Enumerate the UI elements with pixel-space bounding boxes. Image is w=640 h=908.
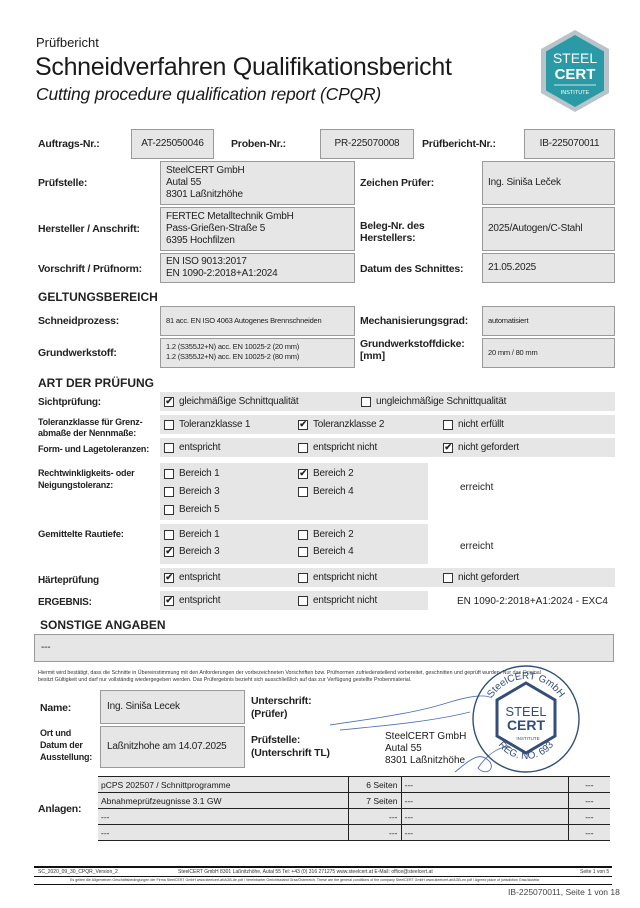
checkbox-label: Bereich 3: [179, 546, 219, 557]
checkbox-recht-bereich-4[interactable]: Bereich 4: [298, 486, 353, 497]
checkbox-unchecked-icon: [164, 487, 174, 497]
section-sonstige-angaben: SONSTIGE ANGABEN: [40, 618, 166, 632]
footer-legal: Es gelten die Allgemeinen Geschäftsbedin…: [70, 878, 539, 882]
checkbox-unchecked-icon: [361, 397, 371, 407]
werkstoff-label: Grundwerkstoff:: [38, 347, 117, 359]
checkbox-checked-icon: ✔: [298, 420, 308, 430]
checkbox-recht-bereich-5[interactable]: Bereich 5: [164, 504, 219, 515]
pruefstelle-line: Autal 55: [166, 177, 349, 189]
werkstoff-line: 1.2 (S355J2+N) acc. EN 10025-2 (20 mm): [166, 342, 349, 352]
svg-text:INSTITUTE: INSTITUTE: [516, 736, 539, 741]
checkbox-label: nicht erfüllt: [458, 419, 504, 430]
hersteller-field[interactable]: FERTEC Metalltechnik GmbH Pass-Grießen-S…: [160, 207, 355, 251]
steelcert-logo: STEEL CERT INSTITUTE: [538, 28, 612, 114]
checkbox-label: Toleranzklasse 1: [179, 419, 250, 430]
beleg-value: 2025/Autogen/C-Stahl: [488, 223, 582, 235]
auftrag-value: AT-225050046: [141, 138, 203, 150]
dicke-field[interactable]: 20 mm / 80 mm: [482, 338, 615, 368]
datum-label: Datum des Schnittes:: [360, 263, 463, 275]
checkbox-unchecked-icon: [164, 530, 174, 540]
sicht-label: Sichtprüfung:: [38, 397, 101, 409]
section-geltungsbereich: GELTUNGSBEREICH: [38, 290, 158, 304]
recht-label: Rechtwinkligkeits- oder Neigungstoleranz…: [38, 467, 134, 491]
page-reference: IB-225070011, Seite 1 von 18: [508, 887, 620, 897]
anlagen-col3-cell[interactable]: ---: [401, 793, 568, 809]
recht-label-line: Neigungstoleranz:: [38, 479, 134, 491]
anlagen-col4-cell[interactable]: ---: [568, 777, 610, 793]
svg-text:INSTITUTE: INSTITUTE: [561, 90, 590, 96]
checkbox-label: entspricht nicht: [313, 442, 377, 453]
ort-value: Laßnitzhohe am 14.07.2025: [107, 741, 227, 753]
toleranz-label-line: abmaße der Nennmaße:: [38, 428, 142, 439]
hersteller-line: 6395 Hochfilzen: [166, 235, 349, 247]
bericht-label: Prüfbericht-Nr.:: [422, 138, 496, 150]
footer-company: SteelCERT GmbH 8301 Laßnitzhöhe, Autal 5…: [178, 869, 433, 875]
checkbox-label: entspricht nicht: [313, 572, 377, 583]
pruefstelle-label: Prüfstelle:: [38, 177, 87, 189]
hersteller-label: Hersteller / Anschrift:: [38, 223, 140, 235]
hersteller-line: FERTEC Metalltechnik GmbH: [166, 211, 349, 223]
checkbox-haerte-entspricht-nicht[interactable]: entspricht nicht: [298, 572, 377, 583]
checkbox-label: Bereich 2: [313, 529, 353, 540]
recht-label-line: Rechtwinkligkeits- oder: [38, 467, 134, 479]
bericht-value: IB-225070011: [540, 138, 600, 150]
vorschrift-line: EN 1090-2:2018+A1:2024: [166, 268, 349, 280]
dicke-label: Grundwerkstoffdicke: [mm]: [360, 338, 465, 362]
anlagen-row: Abnahmeprüfzeugnisse 3.1 GW7 Seiten-----…: [98, 793, 610, 809]
checkbox-checked-icon: ✔: [164, 596, 174, 606]
official-stamp: SteelCERT GmbH STEEL CERT INSTITUTE REG.…: [470, 663, 582, 775]
anlagen-label: Anlagen:: [38, 803, 81, 815]
prozess-value: 81 acc. EN ISO 4063 Autogenes Brennschne…: [166, 316, 321, 326]
checkbox-form-entspricht-nicht[interactable]: entspricht nicht: [298, 442, 377, 453]
checkbox-label: nicht gefordert: [458, 442, 519, 453]
vorschrift-label: Vorschrift / Prüfnorm:: [38, 263, 142, 275]
report-kicker: Prüfbericht: [36, 35, 99, 50]
checkbox-label: Toleranzklasse 2: [313, 419, 384, 430]
pruefstelle-line: SteelCERT GmbH: [166, 165, 349, 177]
proben-label: Proben-Nr.:: [231, 138, 286, 150]
toleranz-label-line: Toleranzklasse für Grenz-: [38, 417, 142, 428]
haerte-band: [160, 568, 615, 587]
checkbox-label: nicht gefordert: [458, 572, 519, 583]
bericht-field[interactable]: IB-225070011: [524, 129, 615, 159]
checkbox-unchecked-icon: [164, 505, 174, 515]
ort-label-line: Ausstellung:: [40, 751, 92, 763]
footer-rule-mid: [34, 876, 612, 877]
checkbox-label: Bereich 2: [313, 468, 353, 479]
anlagen-table: pCPS 202507 / Schnittprogramme6 Seiten--…: [98, 776, 610, 841]
anlagen-row: ------------: [98, 809, 610, 825]
checkbox-toleranzklasse-2[interactable]: ✔Toleranzklasse 2: [298, 419, 384, 430]
sonstige-field[interactable]: ---: [34, 634, 614, 662]
hersteller-line: Pass-Grießen-Straße 5: [166, 223, 349, 235]
anlagen-col4-cell[interactable]: ---: [568, 825, 610, 841]
footer-rule-top: [34, 866, 612, 868]
form-band: [160, 438, 615, 457]
statement-line-1: Hiermit wird bestätigt, dass die Schnitt…: [38, 670, 541, 676]
checkbox-label: entspricht: [179, 595, 220, 606]
checkbox-unchecked-icon: [298, 487, 308, 497]
anlagen-name-cell[interactable]: pCPS 202507 / Schnittprogramme: [98, 777, 349, 793]
checkbox-recht-bereich-3[interactable]: Bereich 3: [164, 486, 219, 497]
checkbox-checked-icon: ✔: [164, 573, 174, 583]
checkbox-ergebnis-entspricht[interactable]: ✔entspricht: [164, 595, 220, 606]
checkbox-rauh-bereich-1[interactable]: Bereich 1: [164, 529, 219, 540]
anlagen-col3-cell[interactable]: ---: [401, 825, 568, 841]
checkbox-haerte-nicht-gefordert[interactable]: nicht gefordert: [443, 572, 519, 583]
checkbox-label: Bereich 3: [179, 486, 219, 497]
report-title: Schneidverfahren Qualifikationsbericht: [35, 53, 452, 82]
checkbox-unchecked-icon: [298, 530, 308, 540]
checkbox-gleichmaessig[interactable]: ✔gleichmäßige Schnittqualität: [164, 396, 298, 407]
checkbox-label: Bereich 1: [179, 529, 219, 540]
werkstoff-line: 1.2 (S355J2+N) acc. EN 10025-2 (80 mm): [166, 352, 349, 362]
datum-field[interactable]: 21.05.2025: [482, 253, 615, 283]
unterschrift-label: Unterschrift: (Prüfer): [251, 695, 311, 721]
checkbox-checked-icon: ✔: [164, 397, 174, 407]
checkbox-rauh-bereich-4[interactable]: Bereich 4: [298, 546, 353, 557]
checkbox-label: Bereich 4: [313, 486, 353, 497]
checkbox-unchecked-icon: [164, 443, 174, 453]
pruefstelle-field[interactable]: SteelCERT GmbH Autal 55 8301 Laßnitzhöhe: [160, 161, 355, 205]
checkbox-ergebnis-entspricht-nicht[interactable]: entspricht nicht: [298, 595, 377, 606]
vorschrift-field[interactable]: EN ISO 9013:2017 EN 1090-2:2018+A1:2024: [160, 253, 355, 283]
mech-label: Mechanisierungsgrad:: [360, 315, 468, 327]
beleg-label: Beleg-Nr. des Herstellers:: [360, 220, 425, 244]
checkbox-label: Bereich 4: [313, 546, 353, 557]
statement-line-2: besitzt Gültigkeit und darf nur vollstän…: [38, 677, 411, 683]
checkbox-recht-bereich-2[interactable]: ✔Bereich 2: [298, 468, 353, 479]
dicke-label-line: Grundwerkstoffdicke:: [360, 338, 465, 350]
auftrag-label: Auftrags-Nr.:: [38, 138, 100, 150]
anlagen-pages-cell[interactable]: ---: [349, 825, 401, 841]
ort-label-line: Ort und: [40, 727, 92, 739]
checkbox-checked-icon: ✔: [164, 547, 174, 557]
unterschrift-label-line: (Prüfer): [251, 708, 311, 721]
form-label: Form- und Lagetoleranzen:: [38, 443, 149, 455]
name-label: Name:: [40, 702, 71, 714]
checkbox-label: gleichmäßige Schnittqualität: [179, 396, 298, 407]
vorschrift-line: EN ISO 9013:2017: [166, 256, 349, 268]
checkbox-label: entspricht: [179, 572, 220, 583]
anlagen-col3-cell[interactable]: ---: [401, 809, 568, 825]
name-value: Ing. Siniša Lecek: [107, 701, 180, 713]
beleg-field[interactable]: 2025/Autogen/C-Stahl: [482, 207, 615, 251]
checkbox-haerte-entspricht[interactable]: ✔entspricht: [164, 572, 220, 583]
rauh-result: erreicht: [460, 541, 493, 552]
checkbox-checked-icon: ✔: [298, 469, 308, 479]
anlagen-col3-cell[interactable]: ---: [401, 777, 568, 793]
anlagen-pages-cell[interactable]: 7 Seiten: [349, 793, 401, 809]
pruefstelle-sign-label-line: Prüfstelle:: [251, 734, 330, 747]
zeichen-label: Zeichen Prüfer:: [360, 177, 434, 189]
footer-rule-bottom: [34, 884, 612, 885]
sonstige-value: ---: [41, 642, 50, 654]
mech-value: automatisiert: [488, 316, 528, 326]
anlagen-name-cell[interactable]: ---: [98, 809, 349, 825]
anlagen-name-cell[interactable]: Abnahmeprüfzeugnisse 3.1 GW: [98, 793, 349, 809]
beleg-label-line: Herstellers:: [360, 232, 425, 244]
mech-field[interactable]: automatisiert: [482, 306, 615, 336]
anlagen-pages-cell[interactable]: 6 Seiten: [349, 777, 401, 793]
checkbox-unchecked-icon: [298, 443, 308, 453]
werkstoff-field[interactable]: 1.2 (S355J2+N) acc. EN 10025-2 (20 mm) 1…: [160, 338, 355, 368]
checkbox-label: Bereich 1: [179, 468, 219, 479]
zeichen-field[interactable]: Ing. Siniša Leček: [482, 161, 615, 205]
checkbox-unchecked-icon: [298, 547, 308, 557]
anlagen-col4-cell[interactable]: ---: [568, 809, 610, 825]
checkbox-recht-bereich-1[interactable]: Bereich 1: [164, 468, 219, 479]
checkbox-nicht-erfuellt[interactable]: nicht erfüllt: [443, 419, 504, 430]
checkbox-label: entspricht nicht: [313, 595, 377, 606]
checkbox-label: entspricht: [179, 442, 220, 453]
section-art-der-pruefung: ART DER PRÜFUNG: [38, 376, 154, 390]
checkbox-unchecked-icon: [298, 596, 308, 606]
checkbox-label: ungleichmäßige Schnittqualität: [376, 396, 506, 407]
proben-value: PR-225070008: [335, 138, 400, 150]
toleranz-label: Toleranzklasse für Grenz- abmaße der Nen…: [38, 417, 142, 439]
dicke-value: 20 mm / 80 mm: [488, 348, 538, 358]
ergebnis-norm: EN 1090-2:2018+A1:2024 - EXC4: [457, 596, 608, 607]
haerte-label: Härteprüfung: [38, 575, 99, 587]
checkbox-unchecked-icon: [298, 573, 308, 583]
svg-text:STEEL: STEEL: [553, 50, 598, 66]
recht-result: erreicht: [460, 482, 493, 493]
anlagen-row: ------------: [98, 825, 610, 841]
svg-text:CERT: CERT: [555, 66, 596, 83]
ort-field[interactable]: Laßnitzhohe am 14.07.2025: [100, 726, 245, 768]
ergebnis-label: ERGEBNIS:: [38, 597, 92, 609]
svg-text:CERT: CERT: [507, 717, 546, 733]
auftrag-field[interactable]: AT-225050046: [131, 129, 214, 159]
pruefstelle-sign-label-line: (Unterschrift TL): [251, 747, 330, 760]
checkbox-unchecked-icon: [164, 420, 174, 430]
ort-label: Ort und Datum der Ausstellung:: [40, 727, 92, 763]
checkbox-rauh-bereich-3[interactable]: ✔Bereich 3: [164, 546, 219, 557]
datum-value: 21.05.2025: [488, 262, 536, 274]
checkbox-form-entspricht[interactable]: entspricht: [164, 442, 220, 453]
anlagen-pages-cell[interactable]: ---: [349, 809, 401, 825]
prozess-field[interactable]: 81 acc. EN ISO 4063 Autogenes Brennschne…: [160, 306, 355, 336]
zeichen-value: Ing. Siniša Leček: [488, 177, 561, 189]
checkbox-unchecked-icon: [443, 573, 453, 583]
checkbox-form-nicht-gefordert[interactable]: ✔nicht gefordert: [443, 442, 519, 453]
unterschrift-label-line: Unterschrift:: [251, 695, 311, 708]
report-subtitle: Cutting procedure qualification report (…: [36, 84, 381, 105]
dicke-label-line: [mm]: [360, 350, 465, 362]
prozess-label: Schneidprozess:: [38, 315, 119, 327]
checkbox-unchecked-icon: [443, 420, 453, 430]
proben-field[interactable]: PR-225070008: [320, 129, 414, 159]
name-field[interactable]: Ing. Siniša Lecek: [100, 690, 245, 724]
pruefstelle-line: 8301 Laßnitzhöhe: [166, 189, 349, 201]
checkbox-unchecked-icon: [164, 469, 174, 479]
anlagen-col4-cell[interactable]: ---: [568, 793, 610, 809]
checkbox-checked-icon: ✔: [443, 443, 453, 453]
checkbox-label: Bereich 5: [179, 504, 219, 515]
checkbox-rauh-bereich-2[interactable]: Bereich 2: [298, 529, 353, 540]
anlagen-name-cell[interactable]: ---: [98, 825, 349, 841]
footer-page: Seite 1 von 5: [580, 869, 609, 875]
ort-label-line: Datum der: [40, 739, 92, 751]
footer-doc-id: SC_2020_09_30_CPQR_Version_2: [38, 869, 118, 875]
rauh-label: Gemittelte Rautiefe:: [38, 529, 124, 541]
pruefstelle-sign-label: Prüfstelle: (Unterschrift TL): [251, 734, 330, 760]
checkbox-ungleichmaessig[interactable]: ungleichmäßige Schnittqualität: [361, 396, 506, 407]
beleg-label-line: Beleg-Nr. des: [360, 220, 425, 232]
checkbox-toleranzklasse-1[interactable]: Toleranzklasse 1: [164, 419, 250, 430]
anlagen-row: pCPS 202507 / Schnittprogramme6 Seiten--…: [98, 777, 610, 793]
